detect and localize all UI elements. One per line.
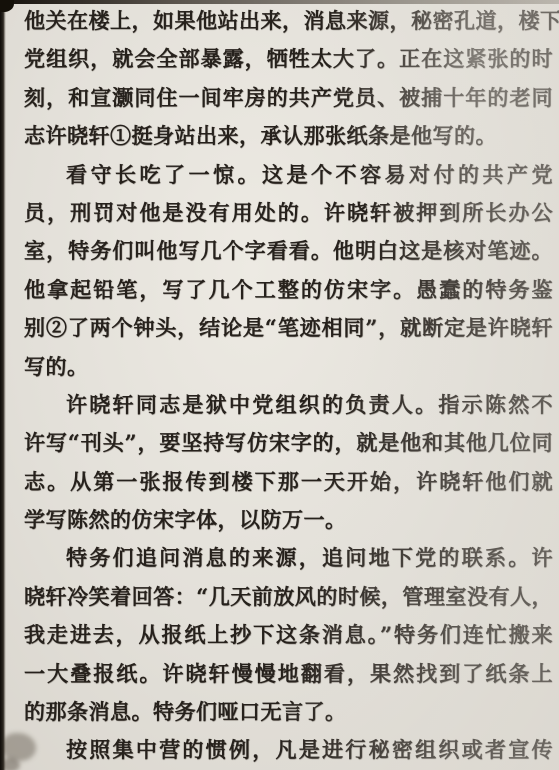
text-line-7: 室，特务们叫他写几个字看看。他明白这是核对笔迹。: [24, 232, 553, 270]
text-line-5: 看守长吃了一惊。这是个不容易对付的共产党: [24, 156, 553, 194]
text-line-4: 志许晓轩①挺身站出来，承认那张纸条是他写的。: [24, 117, 553, 155]
text-line-16: 晓轩冷笑着回答：“几天前放风的时候，管理室没有人，: [24, 578, 553, 616]
text-line-10: 写的。: [24, 348, 553, 386]
scan-smudge: [2, 733, 36, 761]
text-line-20: 按照集中营的惯例，凡是进行秘密组织或者宣传: [24, 731, 553, 769]
scan-edge-left: [0, 0, 6, 770]
text-line-17: 我走进去，从报纸上抄下这条消息。”特务们连忙搬来: [24, 616, 553, 654]
text-line-11: 许晓轩同志是狱中党组织的负责人。指示陈然不: [24, 386, 553, 424]
text-line-18: 一大叠报纸。许晓轩慢慢地翻看，果然找到了纸条上: [24, 655, 553, 693]
scan-corner-blot: [0, 0, 14, 12]
text-line-19: 的那条消息。特务们哑口无言了。: [24, 693, 553, 731]
book-page: 他关在楼上，如果他站出来，消息来源，秘密孔道，楼下 党组织，就会全部暴露，牺牲太…: [0, 0, 559, 770]
text-line-6: 员，刑罚对他是没有用处的。许晓轩被押到所长办公: [24, 194, 553, 232]
text-line-13: 志。从第一张报传到楼下那一天开始，许晓轩他们就: [24, 463, 553, 501]
text-line-14: 学写陈然的仿宋字体，以防万一。: [24, 501, 553, 539]
text-line-15: 特务们追问消息的来源，追问地下党的联系。许: [24, 539, 553, 577]
text-line-12: 许写“刊头”，要坚持写仿宋字的，就是他和其他几位同: [24, 424, 553, 462]
text-line-1: 他关在楼上，如果他站出来，消息来源，秘密孔道，楼下: [24, 2, 553, 40]
text-line-9: 别②了两个钟头，结论是“笔迹相同”，就断定是许晓轩: [24, 309, 553, 347]
text-line-3: 刻，和宣灏同住一间牢房的共产党员、被捕十年的老同: [24, 79, 553, 117]
text-column: 他关在楼上，如果他站出来，消息来源，秘密孔道，楼下 党组织，就会全部暴露，牺牲太…: [24, 2, 553, 770]
scan-edge-top: [0, 0, 559, 4]
text-line-2: 党组织，就会全部暴露，牺牲太大了。正在这紧张的时: [24, 40, 553, 78]
text-line-8: 他拿起铅笔，写了几个工整的仿宋字。愚蠢的特务鉴: [24, 271, 553, 309]
